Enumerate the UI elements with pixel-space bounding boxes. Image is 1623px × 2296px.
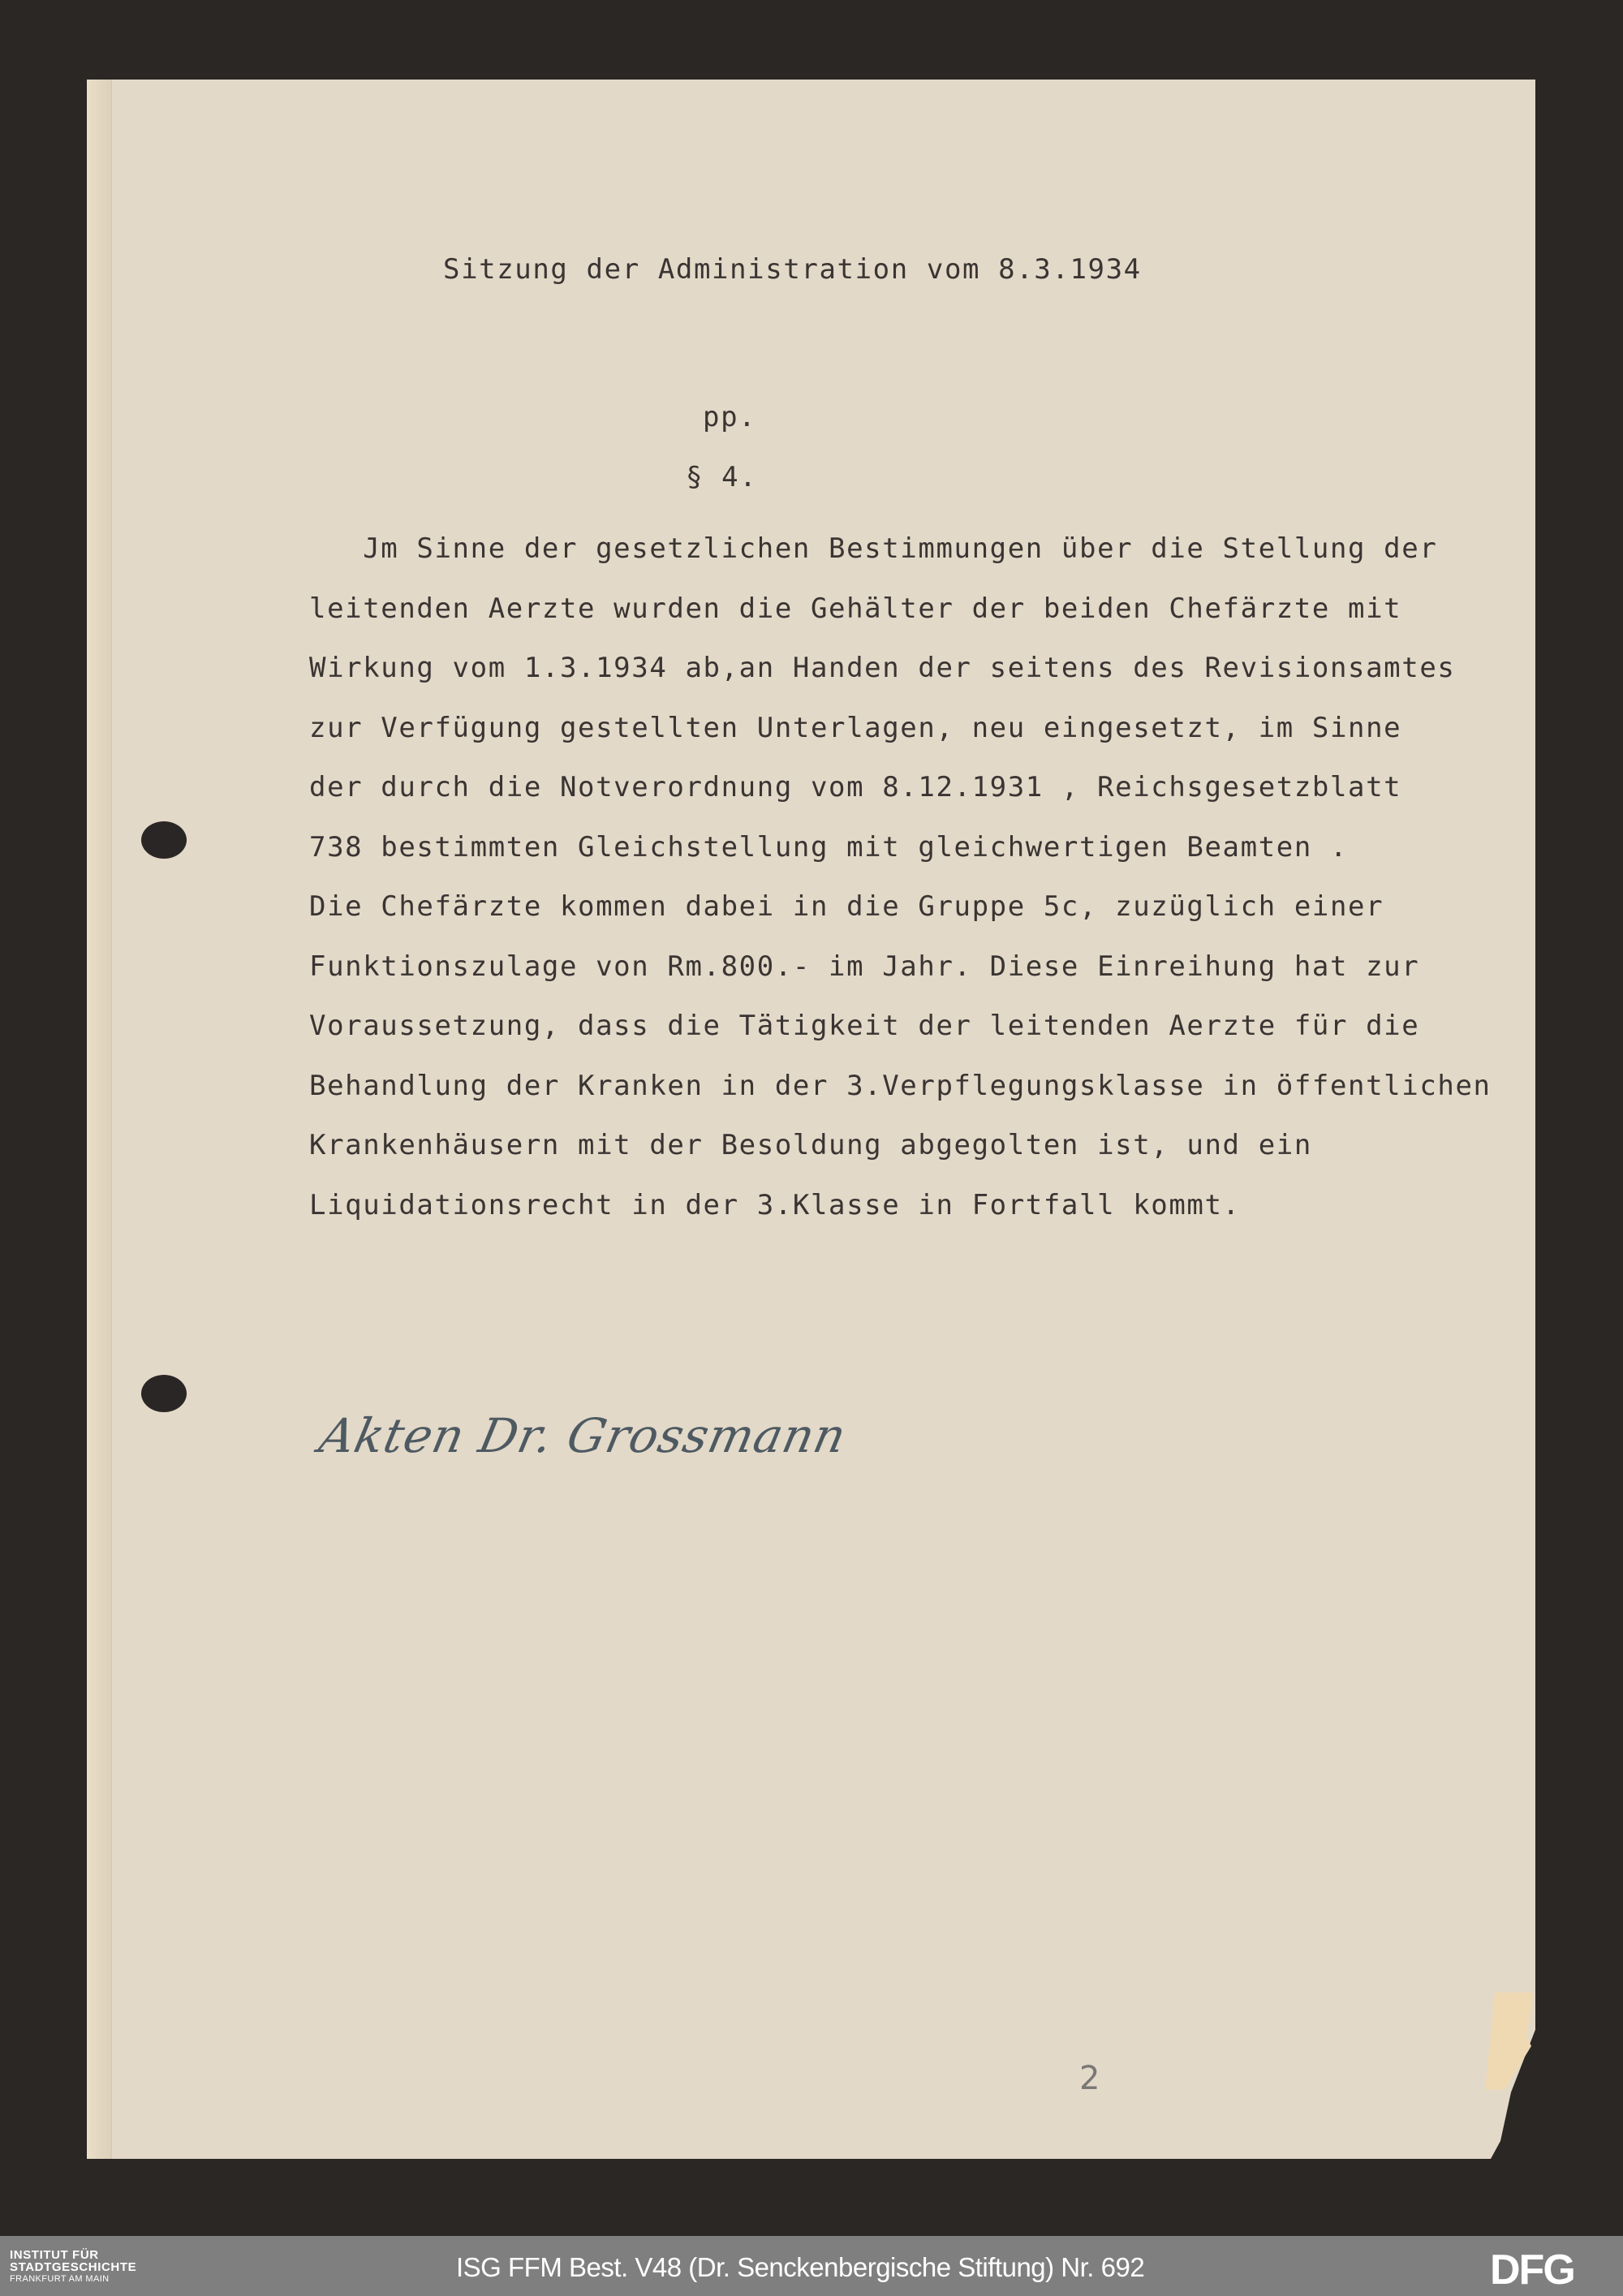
- punch-hole-bottom: [141, 1375, 187, 1412]
- body-line: 738 bestimmten Gleichstellung mit gleich…: [309, 818, 1492, 878]
- institute-location: FRANKFURT AM MAIN: [10, 2273, 136, 2285]
- paper-margin-fold: [87, 80, 112, 2159]
- body-line: Krankenhäusern mit der Besoldung abgegol…: [309, 1116, 1492, 1176]
- pp-marker: pp.: [703, 401, 756, 433]
- archive-reference: ISG FFM Best. V48 (Dr. Senckenbergische …: [456, 2252, 1144, 2283]
- institute-name-line1: INSTITUT FÜR: [10, 2249, 136, 2261]
- section-heading: § 4.: [686, 461, 757, 493]
- handwritten-note: Akten Dr. Grossmann: [315, 1408, 851, 1463]
- body-line: leitenden Aerzte wurden die Gehälter der…: [309, 579, 1492, 640]
- body-line: zur Verfügung gestellten Unterlagen, neu…: [309, 699, 1492, 759]
- archive-footer-bar: INSTITUT FÜR STADTGESCHICHTE FRANKFURT A…: [0, 2236, 1623, 2296]
- body-line: der durch die Notverordnung vom 8.12.193…: [309, 758, 1492, 818]
- dfg-logo-icon: DFG: [1490, 2246, 1574, 2294]
- body-line: Wirkung vom 1.3.1934 ab,an Handen der se…: [309, 639, 1492, 699]
- document-title: Sitzung der Administration vom 8.3.1934: [443, 253, 1142, 286]
- body-line: Behandlung der Kranken in der 3.Verpfleg…: [309, 1057, 1492, 1117]
- body-line: Jm Sinne der gesetzlichen Bestimmungen ü…: [309, 519, 1492, 579]
- body-line: Liquidationsrecht in der 3.Klasse in For…: [309, 1176, 1492, 1236]
- page-number: 2: [1079, 2060, 1100, 2097]
- institute-logo: INSTITUT FÜR STADTGESCHICHTE FRANKFURT A…: [10, 2249, 136, 2285]
- institute-name-line2: STADTGESCHICHTE: [10, 2261, 136, 2273]
- body-line: Funktionszulage von Rm.800.- im Jahr. Di…: [309, 937, 1492, 997]
- document-body: Jm Sinne der gesetzlichen Bestimmungen ü…: [309, 519, 1492, 1235]
- punch-hole-top: [141, 821, 187, 859]
- body-line: Die Chefärzte kommen dabei in die Gruppe…: [309, 877, 1492, 937]
- body-line: Voraussetzung, dass die Tätigkeit der le…: [309, 997, 1492, 1057]
